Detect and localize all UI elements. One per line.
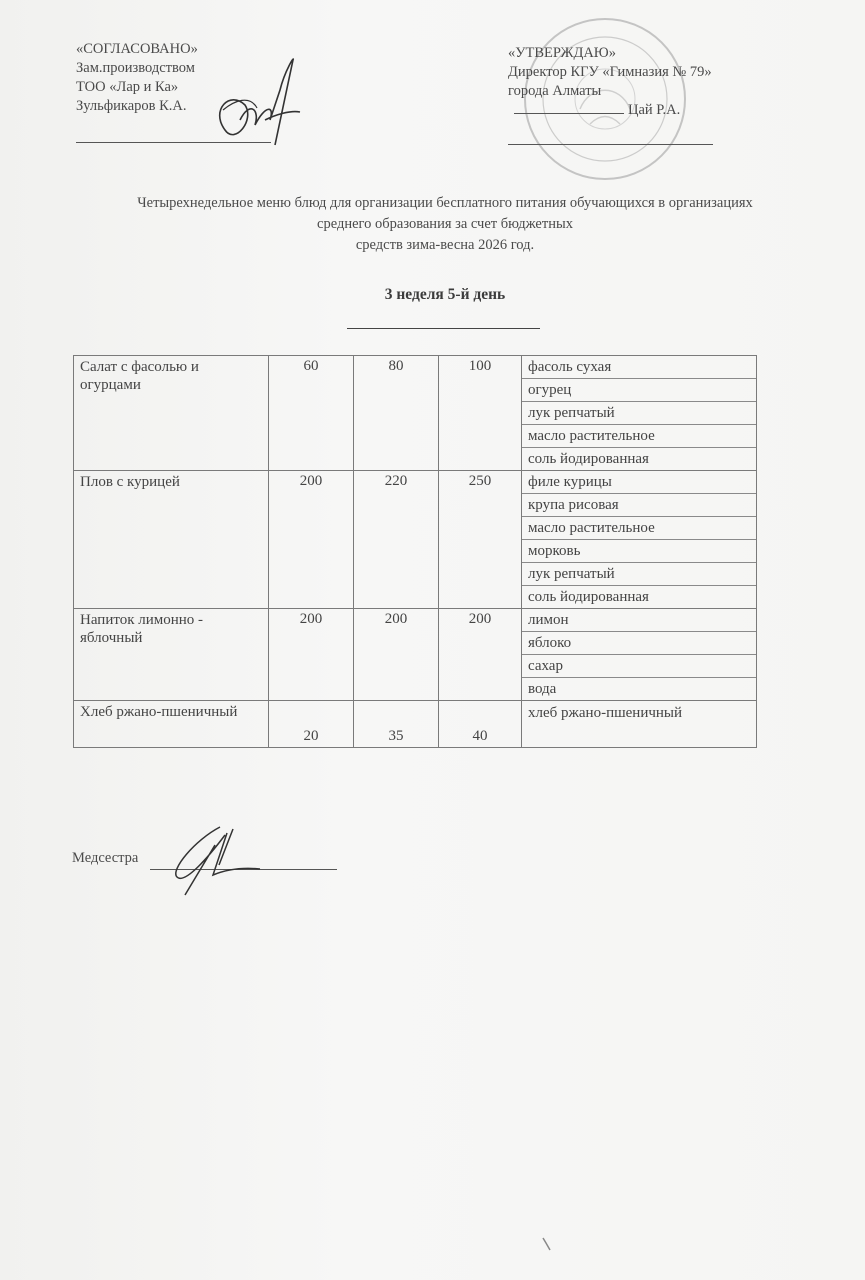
ingredients-cell: хлеб ржано-пшеничный [522,701,757,748]
portion-cell: 200 [269,471,354,609]
title-line-3: средств зима-весна 2026 год. [60,235,830,256]
table-row: Салат с фасолью и огурцами6080100фасоль … [74,356,757,471]
date-line-right [508,144,713,145]
approval-name-right: Цай Р.А. [628,102,680,118]
signature-left-icon [205,50,315,160]
portion-cell: 200 [269,609,354,701]
portion-cell: 35 [354,701,439,748]
document-page: «СОГЛАСОВАНО» Зам.производством ТОО «Лар… [0,0,865,1280]
dish-name: Салат с фасолью и огурцами [74,356,269,471]
ingredient-item: хлеб ржано-пшеничный [522,701,756,747]
ingredient-item: соль йодированная [522,586,756,608]
approval-org-left: ТОО «Лар и Ка» [76,78,198,97]
ingredient-item: соль йодированная [522,448,756,470]
table-row: Плов с курицей200220250филе курицыкрупа … [74,471,757,609]
menu-table: Салат с фасолью и огурцами6080100фасоль … [73,355,757,748]
approval-name-left: Зульфикаров К.А. [76,97,198,116]
ingredient-item: лимон [522,609,756,632]
approval-position-right: Директор КГУ «Гимназия № 79» [508,63,758,82]
portion-cell: 250 [439,471,522,609]
portion-cell: 20 [269,701,354,748]
portion-cell: 200 [354,609,439,701]
ingredient-item: лук репчатый [522,563,756,586]
portion-cell: 220 [354,471,439,609]
approval-position-left: Зам.производством [76,59,198,78]
table-row: Хлеб ржано-пшеничный203540хлеб ржано-пше… [74,701,757,748]
week-day-heading: 3 неделя 5-й день [60,286,830,304]
nurse-signature-icon [165,815,265,900]
ingredient-item: вода [522,678,756,700]
dish-name: Плов с курицей [74,471,269,609]
table-row: Напиток лимонно - яблочный200200200лимон… [74,609,757,701]
ingredient-item: сахар [522,655,756,678]
nurse-label: Медсестра [72,850,138,867]
ingredient-item: огурец [522,379,756,402]
portion-cell: 60 [269,356,354,471]
approval-label-right: «УТВЕРЖДАЮ» [508,44,758,63]
ingredient-item: филе курицы [522,471,756,494]
portion-cell: 200 [439,609,522,701]
ingredient-list: фасоль сухаяогурецлук репчатыймасло раст… [522,356,756,470]
ingredient-list: филе курицыкрупа рисоваямасло растительн… [522,471,756,608]
ingredient-list: лимоняблокосахарвода [522,609,756,700]
title-line-2: среднего образования за счет бюджетных [60,214,830,235]
title-line-1: Четырехнедельное меню блюд для организац… [60,193,830,214]
dish-name: Напиток лимонно - яблочный [74,609,269,701]
heading-underline [347,328,540,329]
ingredient-item: яблоко [522,632,756,655]
ingredient-item: масло растительное [522,517,756,540]
ingredient-item: фасоль сухая [522,356,756,379]
ingredient-list: хлеб ржано-пшеничный [522,701,756,747]
ingredient-item: крупа рисовая [522,494,756,517]
signature-line-right [514,113,624,114]
portion-cell: 80 [354,356,439,471]
ingredients-cell: фасоль сухаяогурецлук репчатыймасло раст… [522,356,757,471]
approval-block-left: «СОГЛАСОВАНО» Зам.производством ТОО «Лар… [76,40,198,116]
ingredients-cell: филе курицыкрупа рисоваямасло растительн… [522,471,757,609]
ingredients-cell: лимоняблокосахарвода [522,609,757,701]
portion-cell: 100 [439,356,522,471]
scan-mark-icon [540,1236,554,1252]
ingredient-item: морковь [522,540,756,563]
dish-name: Хлеб ржано-пшеничный [74,701,269,748]
ingredient-item: масло растительное [522,425,756,448]
document-title: Четырехнедельное меню блюд для организац… [60,193,830,256]
approval-city-right: города Алматы [508,82,758,101]
portion-cell: 40 [439,701,522,748]
approval-label-left: «СОГЛАСОВАНО» [76,40,198,59]
approval-block-right: «УТВЕРЖДАЮ» Директор КГУ «Гимназия № 79»… [508,44,758,120]
ingredient-item: лук репчатый [522,402,756,425]
